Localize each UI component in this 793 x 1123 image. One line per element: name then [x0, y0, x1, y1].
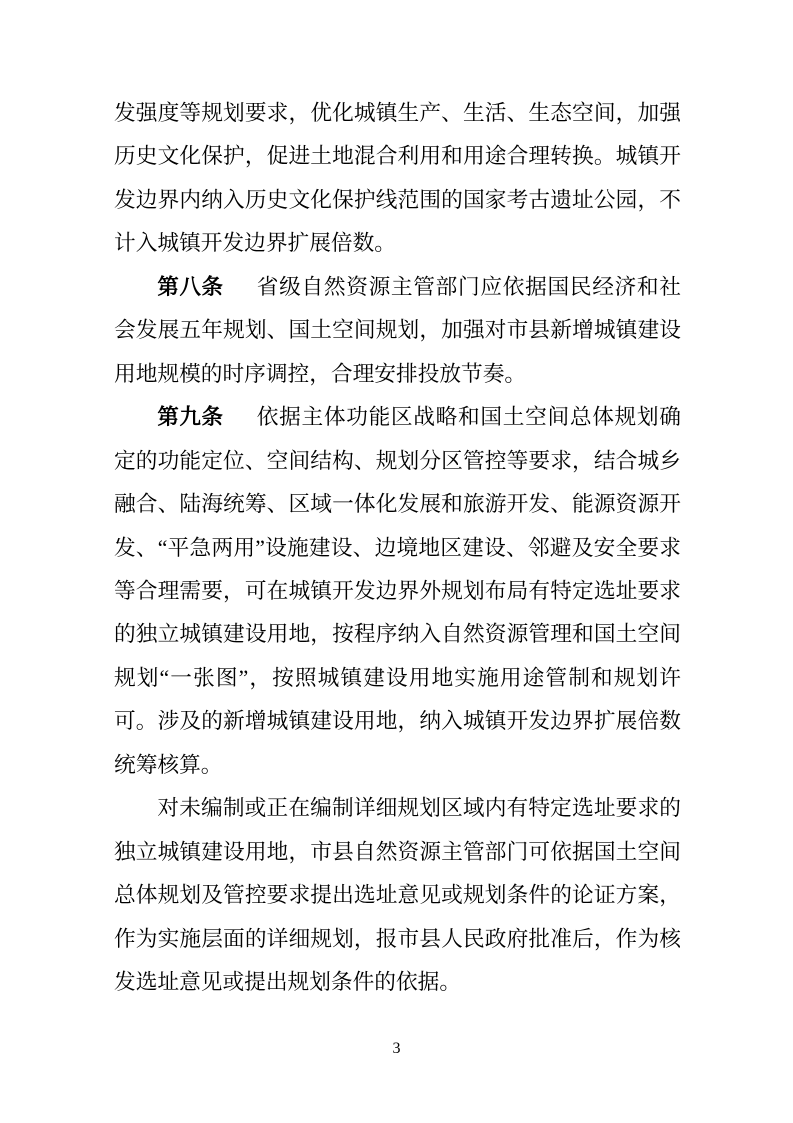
clause-8-paragraph: 第八条省级自然资源主管部门应依据国民经济和社会发展五年规划、国土空间规划，加强对…	[114, 266, 681, 396]
clause-8-number-label: 第八条	[157, 275, 223, 299]
clause-9-text: 依据主体功能区战略和国土空间总体规划确定的功能定位、空间结构、规划分区管控等要求…	[114, 405, 681, 777]
document-body: 发强度等规划要求，优化城镇生产、生活、生态空间，加强历史文化保护，促进土地混合利…	[114, 92, 681, 1005]
clause-9-number-label: 第九条	[157, 405, 223, 429]
paragraph-detailed-planning: 对未编制或正在编制详细规划区域内有特定选址要求的独立城镇建设用地，市县自然资源主…	[114, 787, 681, 1004]
page-footer: 3	[0, 1038, 793, 1060]
page-number: 3	[393, 1040, 401, 1057]
document-page: 发强度等规划要求，优化城镇生产、生活、生态空间，加强历史文化保护，促进土地混合利…	[0, 0, 793, 1123]
paragraph-continuation: 发强度等规划要求，优化城镇生产、生活、生态空间，加强历史文化保护，促进土地混合利…	[114, 92, 681, 266]
clause-9-paragraph: 第九条依据主体功能区战略和国土空间总体规划确定的功能定位、空间结构、规划分区管控…	[114, 396, 681, 787]
